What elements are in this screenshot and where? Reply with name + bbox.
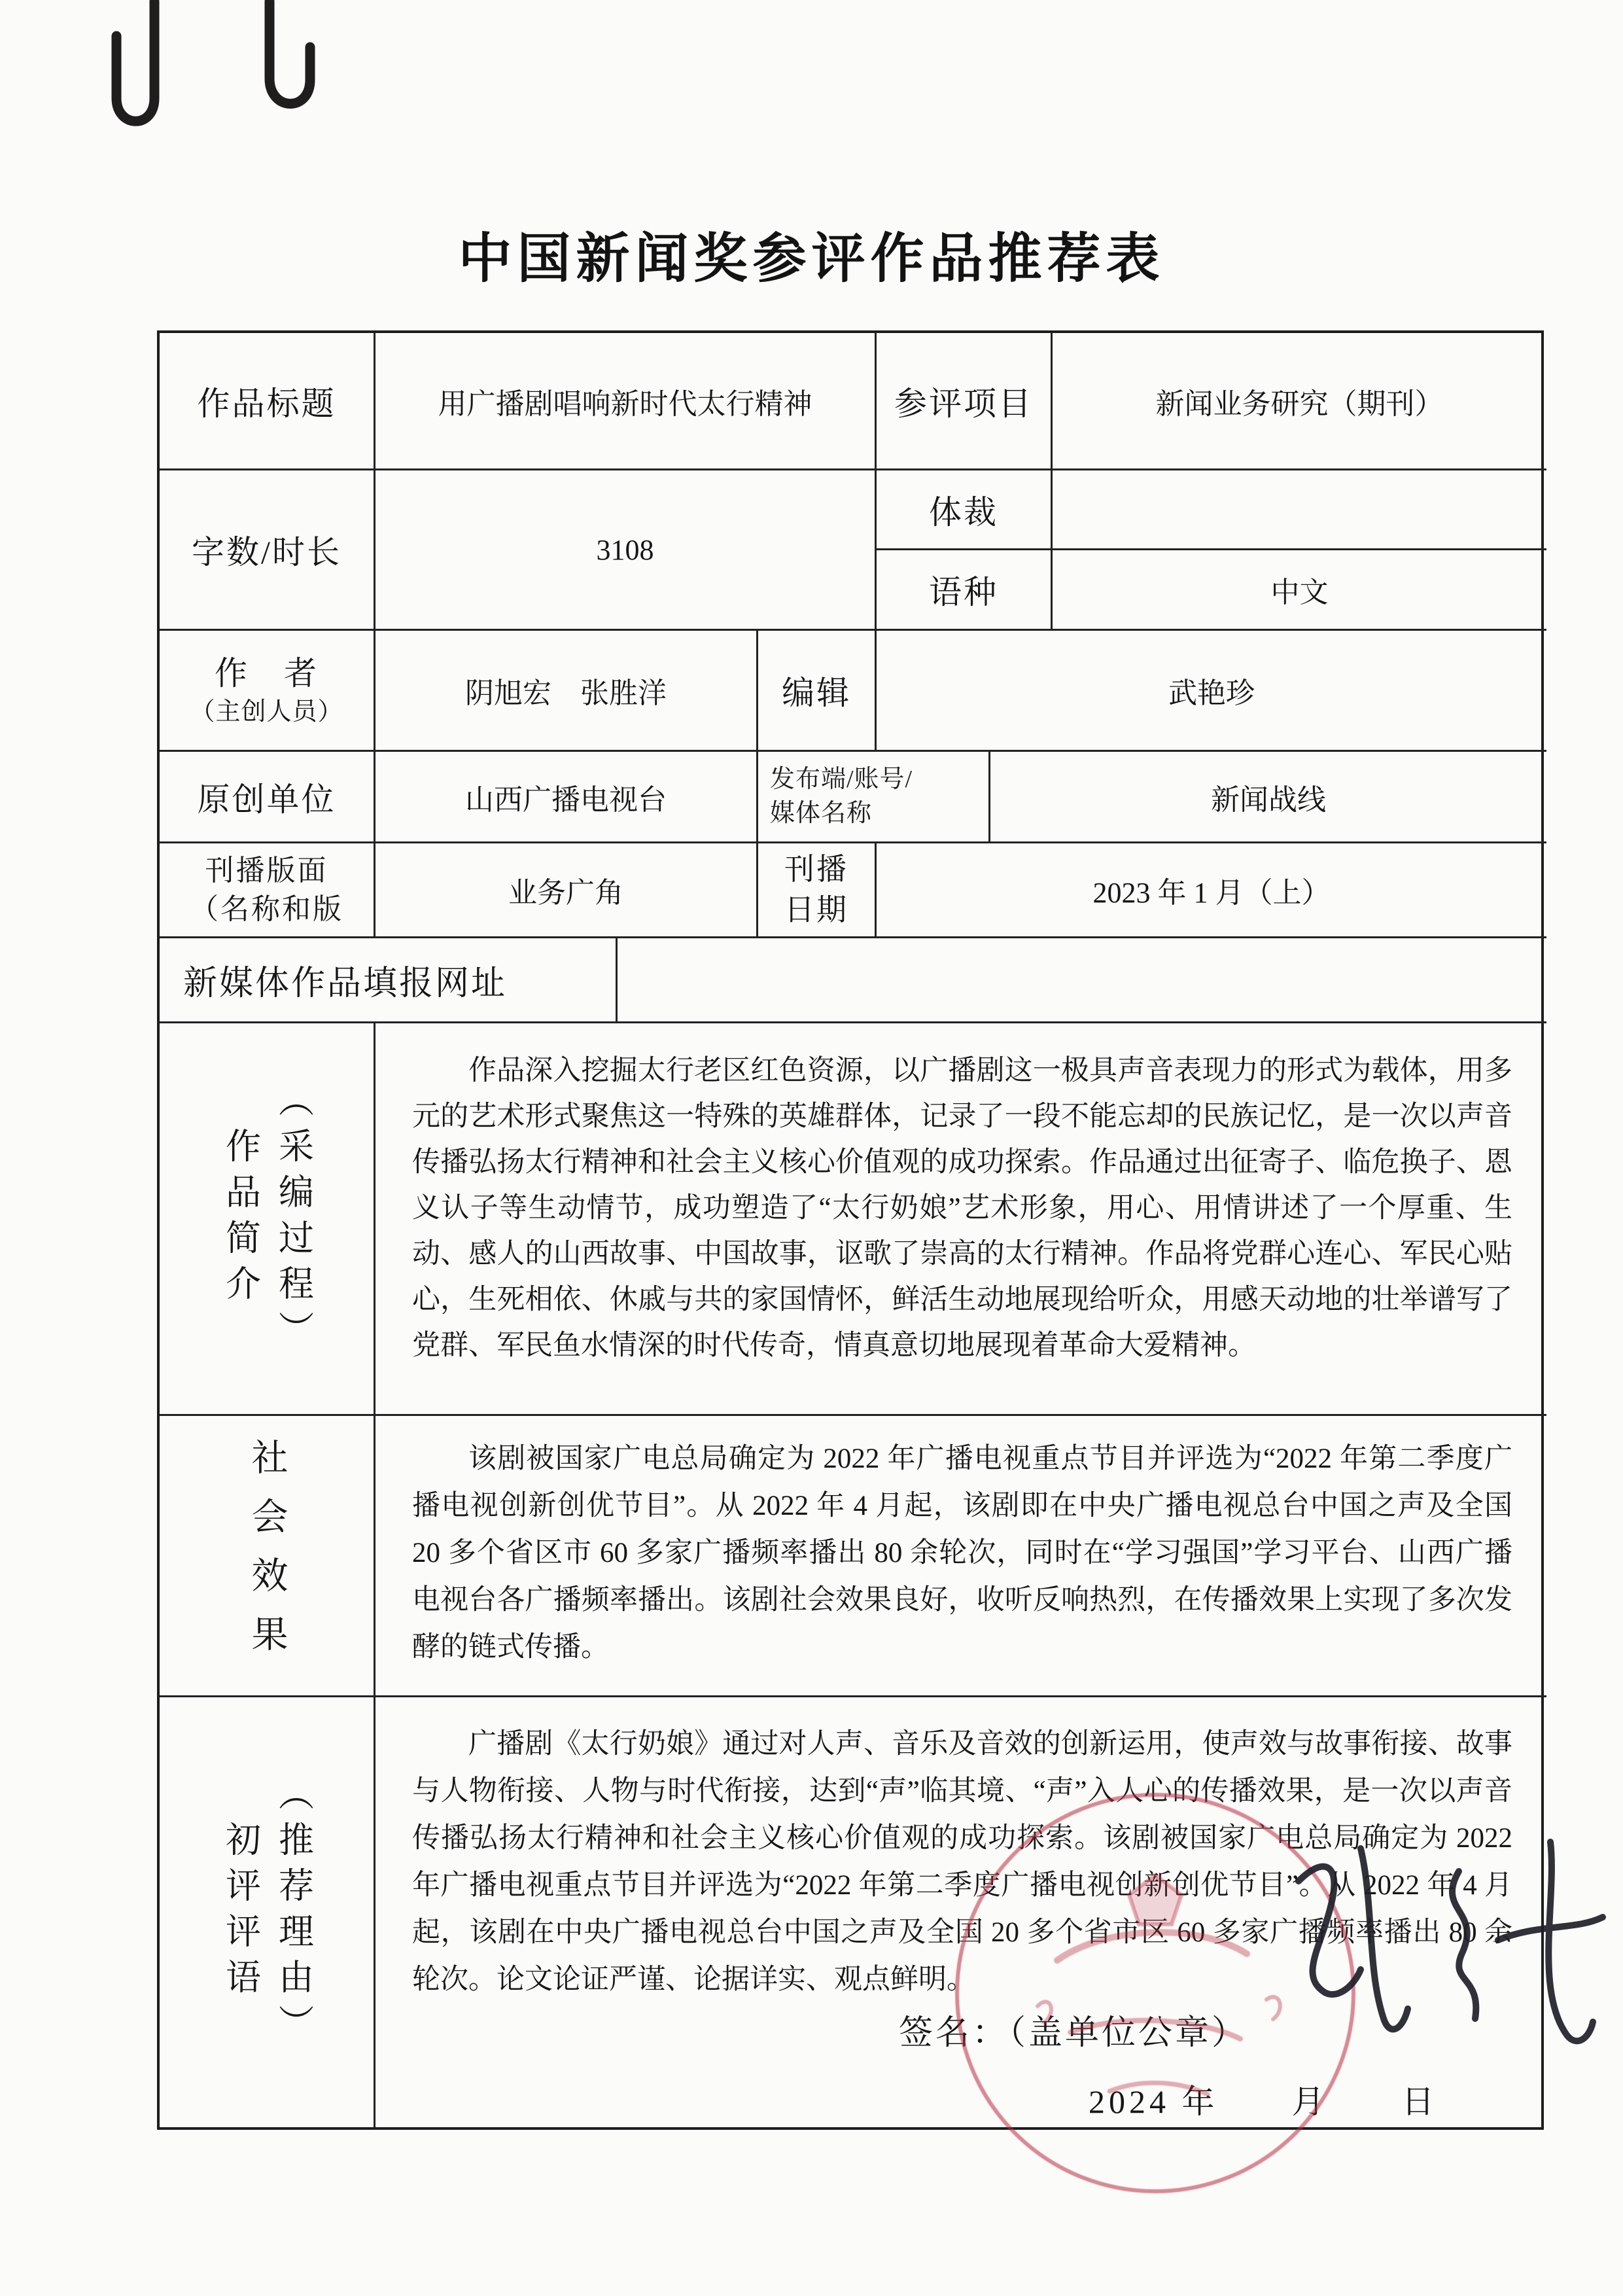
original-unit-value: 山西广播电视台 — [375, 752, 758, 843]
signature-label: 签名：（盖单位公章） — [899, 2005, 1248, 2054]
review-label-paren: （推荐理由） — [267, 1775, 320, 2050]
scanned-form-page: 中国新闻奖参评作品推荐表 作品标题 用广播剧唱响新时代太行精神 参评项目 新闻业… — [0, 0, 1623, 2296]
work-intro-label-paren: （采编过程） — [267, 1082, 320, 1356]
social-effect-text: 该剧被国家广电总局确定为 2022 年广播电视重点节目并评选为“2022 年第二… — [375, 1416, 1546, 1697]
publish-channel-value: 新闻战线 — [990, 752, 1546, 843]
publication-page-value: 业务广角 — [375, 843, 758, 938]
entry-category-label: 参评项目 — [877, 333, 1053, 470]
publish-channel-label-line1: 发布端/账号/ — [770, 763, 913, 796]
review-section-label: （推荐理由） 初评评语 — [160, 1697, 375, 2127]
new-media-url-label: 新媒体作品填报网址 — [160, 938, 618, 1023]
review-text: 广播剧《太行奶娘》通过对人声、音乐及音效的创新运用，使声效与故事衔接、故事与人物… — [375, 1697, 1546, 1998]
work-title-label: 作品标题 — [160, 333, 375, 470]
publication-page-label-line1: 刊播版面 — [205, 851, 328, 890]
page-title: 中国新闻奖参评作品推荐表 — [0, 216, 1623, 292]
work-title-value: 用广播剧唱响新时代太行精神 — [375, 333, 877, 470]
author-value: 阴旭宏 张胜洋 — [375, 631, 758, 752]
language-value: 中文 — [1053, 550, 1546, 631]
publication-date-label-line2: 日期 — [784, 890, 848, 930]
publication-date-value: 2023 年 1 月（上） — [877, 843, 1546, 938]
language-label: 语种 — [877, 550, 1053, 631]
editor-value: 武艳珍 — [877, 631, 1546, 752]
publish-channel-label-line2: 媒体名称 — [770, 797, 872, 830]
editor-label: 编辑 — [758, 631, 877, 752]
work-intro-section-label: （采编过程） 作品简介 — [160, 1023, 375, 1416]
author-label: 作 者 （主创人员） — [160, 631, 375, 752]
word-count-label: 字数/时长 — [160, 470, 375, 631]
genre-label: 体裁 — [877, 470, 1053, 550]
word-count-value: 3108 — [375, 470, 877, 631]
genre-value — [1053, 470, 1546, 550]
work-intro-label-main: 作品简介 — [214, 1082, 267, 1356]
entry-category-value: 新闻业务研究（期刊） — [1053, 333, 1546, 470]
new-media-url-value — [618, 938, 1546, 1023]
review-label-main: 初评评语 — [214, 1775, 267, 2050]
original-unit-label: 原创单位 — [160, 752, 375, 843]
work-intro-text: 作品深入挖掘太行老区红色资源，以广播剧这一极具声音表现力的形式为载体，用多元的艺… — [375, 1023, 1546, 1416]
review-section-body: 广播剧《太行奶娘》通过对人声、音乐及音效的创新运用，使声效与故事衔接、故事与人物… — [375, 1697, 1546, 2127]
work-intro-section-body: 作品深入挖掘太行老区红色资源，以广播剧这一极具声音表现力的形式为载体，用多元的艺… — [375, 1023, 1546, 1416]
date-line: 2024 年 月 日 — [1089, 2075, 1439, 2123]
publish-channel-label: 发布端/账号/ 媒体名称 — [758, 752, 990, 843]
social-effect-section-label: 社会效果 — [160, 1416, 375, 1697]
author-label-sub: （主创人员） — [190, 696, 343, 729]
author-label-main: 作 者 — [215, 652, 319, 696]
paper-clip-icons — [39, 0, 340, 150]
social-effect-label: 社会效果 — [241, 1438, 293, 1674]
recommendation-form-table: 作品标题 用广播剧唱响新时代太行精神 参评项目 新闻业务研究（期刊） 字数/时长… — [157, 330, 1544, 2130]
publication-date-label: 刊播 日期 — [758, 843, 877, 938]
publication-date-label-line1: 刊播 — [784, 849, 848, 890]
publication-page-label-line2: （名称和版 — [190, 890, 343, 928]
social-effect-section-body: 该剧被国家广电总局确定为 2022 年广播电视重点节目并评选为“2022 年第二… — [375, 1416, 1546, 1697]
publication-page-label: 刊播版面 （名称和版 — [160, 843, 375, 938]
